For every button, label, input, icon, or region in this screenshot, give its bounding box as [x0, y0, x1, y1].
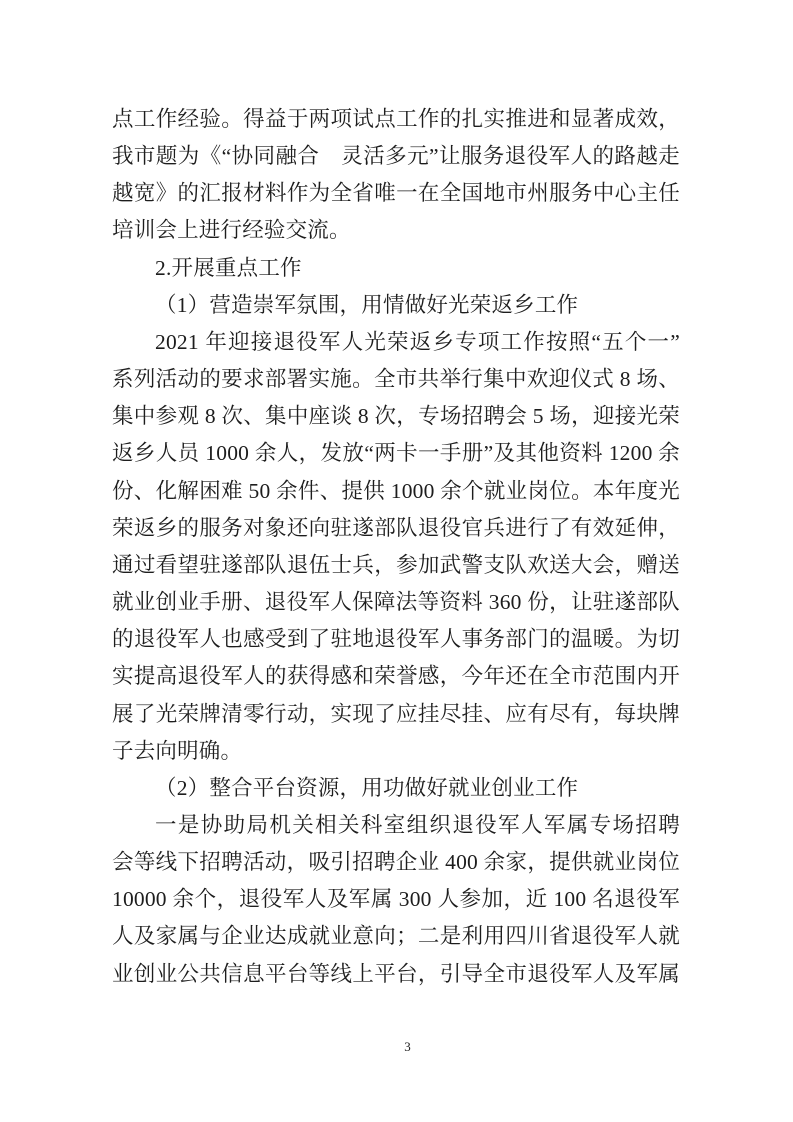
text-line: 的退役军人也感受到了驻地退役军人事务部门的温暖。为切 — [112, 621, 680, 658]
text-line: 子去向明确。 — [112, 733, 680, 770]
text-line: 返乡人员 1000 余人，发放“两卡一手册”及其他资料 1200 余 — [112, 435, 680, 472]
text-line: 人及家属与企业达成就业意向；二是利用四川省退役军人就 — [112, 918, 680, 955]
text-line: 越宽》的汇报材料作为全省唯一在全国地市州服务中心主任 — [112, 175, 680, 212]
text-line: 就业创业手册、退役军人保障法等资料 360 份，让驻遂部队 — [112, 584, 680, 621]
text-line: 通过看望驻遂部队退伍士兵，参加武警支队欢送大会，赠送 — [112, 547, 680, 584]
text-line: 10000 余个，退役军人及军属 300 人参加，近 100 名退役军 — [112, 881, 680, 918]
text-line: 2.开展重点工作 — [112, 250, 680, 287]
text-line: 点工作经验。得益于两项试点工作的扎实推进和显著成效， — [112, 101, 680, 138]
text-line: （2）整合平台资源，用功做好就业创业工作 — [112, 770, 680, 807]
text-line: 我市题为《“协同融合 灵活多元”让服务退役军人的路越走 — [112, 138, 680, 175]
text-line: 2021 年迎接退役军人光荣返乡专项工作按照“五个一” — [112, 324, 680, 361]
document-body: 点工作经验。得益于两项试点工作的扎实推进和显著成效，我市题为《“协同融合 灵活多… — [112, 101, 680, 993]
text-line: （1）营造崇军氛围，用情做好光荣返乡工作 — [112, 287, 680, 324]
text-line: 荣返乡的服务对象还向驻遂部队退役官兵进行了有效延伸， — [112, 510, 680, 547]
text-line: 系列活动的要求部署实施。全市共举行集中欢迎仪式 8 场、 — [112, 361, 680, 398]
text-line: 集中参观 8 次、集中座谈 8 次，专场招聘会 5 场，迎接光荣 — [112, 398, 680, 435]
page-number: 3 — [0, 1038, 793, 1056]
text-line: 业创业公共信息平台等线上平台，引导全市退役军人及军属 — [112, 956, 680, 993]
text-line: 展了光荣牌清零行动，实现了应挂尽挂、应有尽有，每块牌 — [112, 696, 680, 733]
document-page: 点工作经验。得益于两项试点工作的扎实推进和显著成效，我市题为《“协同融合 灵活多… — [0, 0, 793, 1122]
text-line: 会等线下招聘活动，吸引招聘企业 400 余家，提供就业岗位 — [112, 844, 680, 881]
text-line: 份、化解困难 50 余件、提供 1000 余个就业岗位。本年度光 — [112, 473, 680, 510]
text-line: 实提高退役军人的获得感和荣誉感，今年还在全市范围内开 — [112, 658, 680, 695]
text-line: 培训会上进行经验交流。 — [112, 212, 680, 249]
text-line: 一是协助局机关相关科室组织退役军人军属专场招聘 — [112, 807, 680, 844]
